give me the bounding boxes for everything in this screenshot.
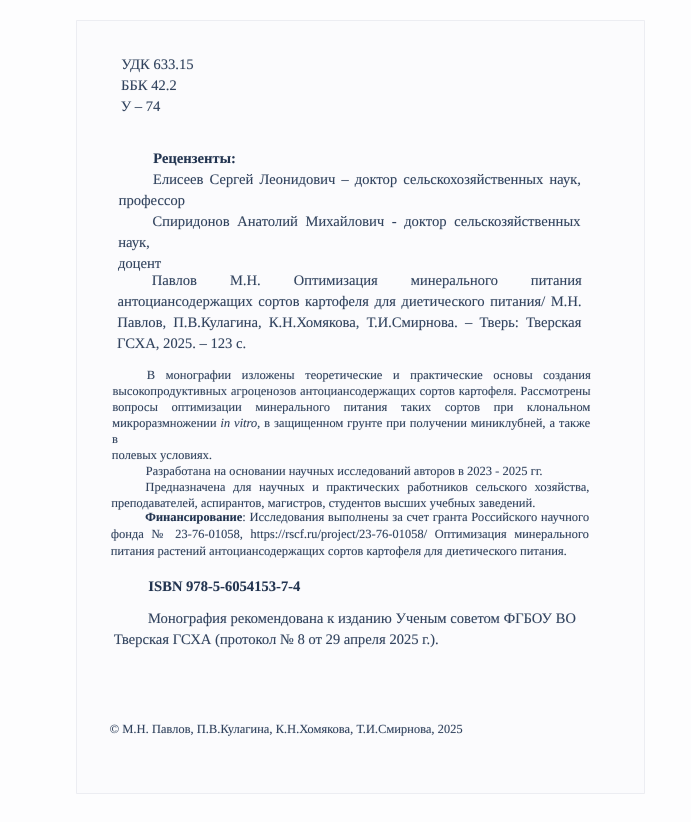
reviewer-2-line-1: Спиридонов Анатолий Михайлович - доктор … [118,212,580,254]
udc-line: УДК 633.15 [121,55,341,76]
bbk-line: ББК 42.2 [121,76,341,97]
isbn-text: ISBN 978-5-6054153-7-4 [148,579,300,595]
reviewer-1-line-1: Елисеев Сергей Леонидович – доктор сельс… [119,170,581,191]
financing-label: Финансирование [145,510,242,524]
annotation-developed-line: Разработана на основании научных исследо… [112,463,590,479]
citation-line: Павлов, П.В.Кулагина, К.Н.Хомякова, Т.И.… [117,313,581,334]
page-content: УДК 633.15 ББК 42.2 У – 74 Рецензенты: Е… [0,0,691,822]
reviewers-block: Рецензенты: Елисеев Сергей Леонидович – … [118,149,581,275]
annotation-audience-line-1: Предназначена для научных и практических… [111,479,589,495]
udc-block: УДК 633.15 ББК 42.2 У – 74 [121,55,342,118]
isbn-block: ISBN 978-5-6054153-7-4 [114,577,578,598]
citation-line: антоциансодержащих сортов картофеля для … [117,292,581,313]
financing-line-1-rest: : Исследования выполнены за счет гранта … [242,510,589,524]
citation-block: Павлов М.Н. Оптимизация минерального пит… [117,271,582,355]
financing-block: Финансирование: Исследования выполнены з… [111,509,590,560]
annotation-invitro-italic: in vitro [220,416,257,430]
financing-line-1: Финансирование: Исследования выполнены з… [111,509,589,526]
annotation-line-invitro: микроразмножении in vitro, в защищенном … [112,415,590,447]
financing-line-3: питания растений антоциансодержащих сорт… [111,543,589,560]
recommendation-line-2: Тверская ГСХА (протокол № 8 от 29 апреля… [114,630,576,651]
recommendation-line-1: Монография рекомендована к изданию Учены… [114,609,576,630]
recommendation-block: Монография рекомендована к изданию Учены… [114,609,576,651]
annotation-line: высокопродуктивных агроценозов антоцианс… [112,383,590,399]
citation-line: ГСХА, 2025. – 123 с. [117,334,581,355]
citation-line: Павлов М.Н. Оптимизация минерального пит… [118,271,582,292]
annotation-block: В монографии изложены теоретические и пр… [111,367,591,511]
reviewers-heading-text: Рецензенты: [153,151,236,167]
author-sign-line: У – 74 [121,97,341,118]
financing-line-2: фонда № 23-76-01058, https://rscf.ru/pro… [111,526,589,543]
reviewers-heading: Рецензенты: [119,149,581,170]
annotation-line: В монографии изложены теоретические и пр… [113,367,591,383]
copyright-line: © М.Н. Павлов, П.В.Кулагина, К.Н.Хомяков… [110,721,588,737]
annotation-line: полевых условиях. [112,447,590,463]
annotation-line: вопросы оптимизации минерального питания… [112,399,590,415]
annotation-invitro-pre: микроразмножении [112,416,220,430]
reviewer-1-line-2: профессор [119,191,581,212]
